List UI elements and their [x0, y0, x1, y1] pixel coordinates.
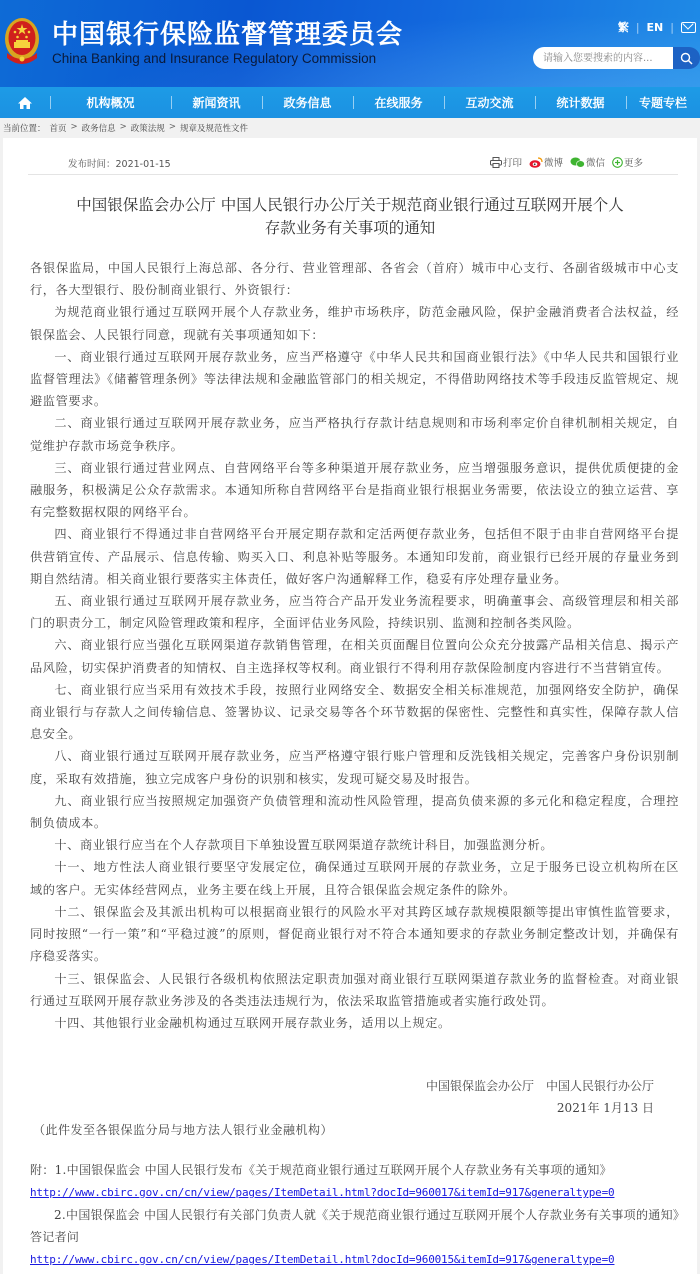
search-input[interactable] — [533, 47, 673, 69]
mail-icon[interactable] — [681, 22, 696, 33]
nav-item-zhengwuxinxi[interactable]: 政务信息 — [262, 87, 353, 118]
traditional-chinese-link[interactable]: 繁 — [618, 19, 629, 35]
signature-block: 中国银保监会办公厅 中国人民银行办公厅 2021年 1月13 日 — [426, 1075, 654, 1119]
paragraph-2: 二、商业银行通过互联网开展存款业务，应当严格执行存款计结息规则和市场利率定价自律… — [30, 412, 679, 456]
wechat-icon — [570, 157, 585, 168]
nav-item-xinwenzixun[interactable]: 新闻资讯 — [171, 87, 262, 118]
attachments: 附：1.中国银保监会 中国人民银行发布《关于规范商业银行通过互联网开展个人存款业… — [30, 1159, 690, 1271]
site-header: 中国银行保险监督管理委员会 China Banking and Insuranc… — [0, 0, 700, 87]
paragraph-8: 八、商业银行通过互联网开展存款业务，应当严格遵守银行账户管理和反洗钱相关规定，完… — [30, 745, 679, 789]
weibo-share-button[interactable]: 微博 — [529, 155, 563, 169]
main-nav: 机构概况 新闻资讯 政务信息 在线服务 互动交流 统计数据 专题专栏 — [0, 87, 700, 118]
breadcrumb-separator: > — [120, 122, 127, 134]
paragraph-4: 四、商业银行不得通过非自营网络平台开展定期存款和定活两便存款业务，包括但不限于由… — [30, 523, 679, 590]
national-emblem-icon[interactable] — [4, 15, 40, 67]
nav-item-tongjishuju[interactable]: 统计数据 — [535, 87, 626, 118]
paragraph-13: 十三、银保监会、人民银行各级机构依照法定职责加强对商业银行互联网渠道存款业务的监… — [30, 968, 679, 1012]
search-button[interactable] — [673, 47, 700, 69]
breadcrumb-prefix: 当前位置： — [3, 122, 46, 134]
top-links: 繁 | EN | — [618, 19, 696, 35]
divider: | — [636, 21, 640, 34]
document-title-line1: 中国银保监会办公厅 中国人民银行办公厅关于规范商业银行通过互联网开展个人 — [33, 194, 667, 217]
paragraph-intro: 为规范商业银行通过互联网开展个人存款业务，维护市场秩序，防范金融风险，保护金融消… — [30, 301, 679, 345]
attachment-1-label: 附：1.中国银保监会 中国人民银行发布《关于规范商业银行通过互联网开展个人存款业… — [30, 1159, 690, 1181]
share-bar: 打印 微博 微信 — [490, 155, 643, 169]
breadcrumb: 当前位置： 首页 > 政务信息 > 政策法规 > 规章及规范性文件 — [3, 122, 248, 134]
breadcrumb-current[interactable]: 规章及规范性文件 — [180, 122, 248, 134]
wechat-share-button[interactable]: 微信 — [570, 155, 605, 169]
paragraph-5: 五、商业银行通过互联网开展存款业务，应当符合产品开发业务流程要求，明确董事会、高… — [30, 590, 679, 634]
paragraph-7: 七、商业银行应当采用有效技术手段，按照行业网络安全、数据安全相关标准规范，加强网… — [30, 679, 679, 746]
print-icon — [490, 157, 502, 168]
addressee: 各银保监局，中国人民银行上海总部、各分行、营业管理部、各省会（首府）城市中心支行… — [30, 257, 679, 301]
content-panel: 发布时间：2021-01-15 打印 微博 — [3, 138, 697, 1274]
attachment-2-link[interactable]: http://www.cbirc.gov.cn/cn/view/pages/It… — [30, 1253, 614, 1266]
distribution-note: （此件发至各银保监分局与地方法人银行业金融机构） — [33, 1121, 333, 1138]
english-link[interactable]: EN — [647, 21, 664, 34]
print-button[interactable]: 打印 — [490, 155, 522, 169]
meta-bar: 发布时间：2021-01-15 打印 微博 — [28, 138, 678, 175]
signature-issuers: 中国银保监会办公厅 中国人民银行办公厅 — [426, 1075, 654, 1097]
nav-item-jigougaikuang[interactable]: 机构概况 — [50, 87, 171, 118]
paragraph-12: 十二、银保监会及其派出机构可以根据商业银行的风险水平对其跨区域存款规模限额等提出… — [30, 901, 679, 968]
wechat-label: 微信 — [586, 155, 605, 169]
document-title: 中国银保监会办公厅 中国人民银行办公厅关于规范商业银行通过互联网开展个人 存款业… — [33, 194, 667, 240]
nav-item-zhuantizhuanlan[interactable]: 专题专栏 — [626, 87, 700, 118]
publish-time: 发布时间：2021-01-15 — [68, 156, 171, 170]
attachment-2-label: 2.中国银保监会 中国人民银行有关部门负责人就《关于规范商业银行通过互联网开展个… — [30, 1204, 690, 1248]
site-title-cn: 中国银行保险监督管理委员会 — [52, 14, 403, 51]
paragraph-3: 三、商业银行通过营业网点、自营网络平台等多种渠道开展存款业务，应当增强服务意识，… — [30, 457, 679, 524]
nav-home[interactable] — [0, 87, 50, 118]
paragraph-14: 十四、其他银行业金融机构通过互联网开展存款业务，适用以上规定。 — [30, 1012, 679, 1034]
breadcrumb-home[interactable]: 首页 — [50, 122, 67, 134]
breadcrumb-separator: > — [71, 122, 78, 134]
home-icon — [17, 96, 33, 110]
paragraph-10: 十、商业银行应当在个人存款项目下单独设置互联网渠道存款统计科目，加强监测分析。 — [30, 834, 679, 856]
signature-date: 2021年 1月13 日 — [426, 1097, 654, 1119]
more-label: 更多 — [624, 155, 643, 169]
search-icon — [680, 52, 693, 65]
breadcrumb-separator: > — [169, 122, 176, 134]
document-title-line2: 存款业务有关事项的通知 — [33, 217, 667, 240]
paragraph-9: 九、商业银行应当按照规定加强资产负债管理和流动性风险管理，提高负债来源的多元化和… — [30, 790, 679, 834]
search-box — [533, 47, 700, 69]
breadcrumb-zhengcefagui[interactable]: 政策法规 — [131, 122, 165, 134]
paragraph-6: 六、商业银行应当强化互联网渠道存款销售管理，在相关页面醒目位置向公众充分披露产品… — [30, 634, 679, 678]
breadcrumb-zhengwuxinxi[interactable]: 政务信息 — [82, 122, 116, 134]
document-body: 各银保监局，中国人民银行上海总部、各分行、营业管理部、各省会（首府）城市中心支行… — [30, 257, 679, 1034]
weibo-icon — [529, 157, 543, 168]
site-title-en: China Banking and Insurance Regulatory C… — [52, 51, 376, 66]
nav-item-zaixianfuwu[interactable]: 在线服务 — [353, 87, 444, 118]
weibo-label: 微博 — [544, 155, 563, 169]
nav-item-hudongjiaoliu[interactable]: 互动交流 — [444, 87, 535, 118]
more-share-button[interactable]: 更多 — [612, 155, 643, 169]
print-label: 打印 — [503, 155, 522, 169]
paragraph-1: 一、商业银行通过互联网开展存款业务，应当严格遵守《中华人民共和国商业银行法》《中… — [30, 346, 679, 413]
plus-circle-icon — [612, 157, 623, 168]
attachment-1-link[interactable]: http://www.cbirc.gov.cn/cn/view/pages/It… — [30, 1186, 614, 1199]
paragraph-11: 十一、地方性法人商业银行要坚守发展定位，确保通过互联网开展的存款业务，立足于服务… — [30, 856, 679, 900]
divider: | — [670, 21, 674, 34]
